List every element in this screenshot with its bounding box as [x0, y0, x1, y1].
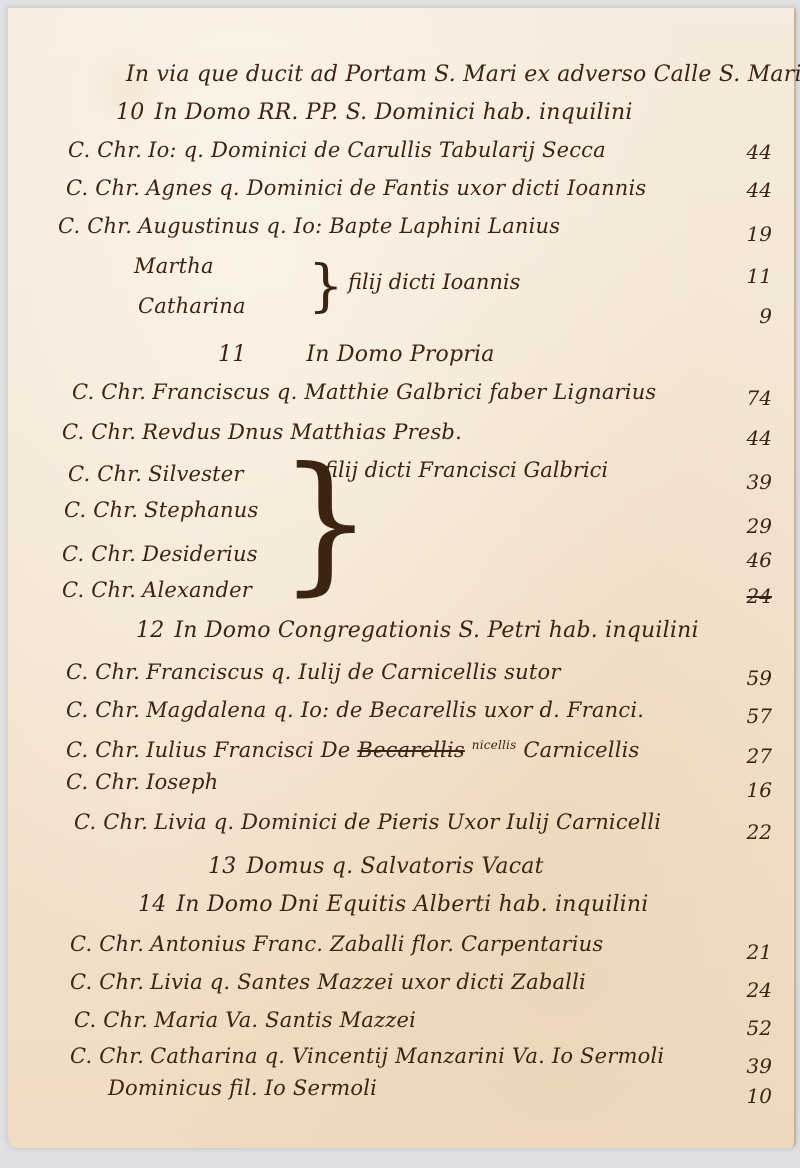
entry-name: Livia q. Dominici de Pieris Uxor Iulij C…	[154, 810, 661, 834]
entry-prefix: C. Chr.	[62, 578, 136, 602]
entry-age: 27	[747, 744, 772, 768]
entry-name: Antonius Franc. Zaballi flor. Carpentari…	[150, 932, 603, 956]
entry-name: Livia q. Santes Mazzei uxor dicti Zaball…	[150, 970, 586, 994]
section-number: 11	[218, 342, 246, 367]
census-entry: C. Chr.Magdalena q. Io: de Becarellis ux…	[66, 698, 644, 722]
section-heading-11: 11In Domo Propria	[218, 342, 495, 367]
entry-age: 59	[747, 666, 772, 690]
section-heading-14: 14In Domo Dni Equitis Alberti hab. inqui…	[138, 892, 649, 917]
manuscript-page: In via que ducit ad Portam S. Mari ex ad…	[8, 8, 796, 1148]
entry-age: 9	[759, 304, 772, 328]
entry-age: 11	[747, 264, 772, 288]
census-entry: C. Chr.Silvester	[68, 462, 244, 486]
census-entry: C. Chr.Franciscus q. Matthie Galbrici fa…	[72, 380, 656, 404]
census-entry: C. Chr.Augustinus q. Io: Bapte Laphini L…	[58, 214, 560, 238]
census-entry: Dominicus fil. Io Sermoli	[108, 1076, 377, 1100]
census-entry: C. Chr.Stephanus	[64, 498, 258, 522]
census-entry: C. Chr.Livia q. Dominici de Pieris Uxor …	[74, 810, 661, 834]
entry-name: Silvester	[148, 462, 244, 486]
census-entry: C. Chr.Desiderius	[62, 542, 258, 566]
entry-name: Stephanus	[144, 498, 258, 522]
section-heading-text: In Domo Dni Equitis Alberti hab. inquili…	[176, 892, 648, 917]
entry-name: Augustinus q. Io: Bapte Laphini Lanius	[138, 214, 560, 238]
entry-prefix: C. Chr.	[70, 932, 144, 956]
census-entry: C. Chr.Antonius Franc. Zaballi flor. Car…	[70, 932, 603, 956]
entry-age: 52	[747, 1016, 772, 1040]
entry-name: Alexander	[142, 578, 252, 602]
section-heading-text: In Domo Propria	[306, 342, 494, 367]
entry-age: 19	[747, 222, 772, 246]
entry-name-end: Carnicellis	[523, 738, 639, 762]
entry-prefix: C. Chr.	[74, 1008, 148, 1032]
section-heading-text: In Domo Congregationis S. Petri hab. inq…	[174, 618, 698, 643]
section-heading-13: 13Domus q. Salvatoris Vacat	[208, 854, 544, 879]
entry-prefix: C. Chr.	[66, 738, 140, 762]
entry-age: 44	[747, 426, 772, 450]
section-heading-text: In Domo RR. PP. S. Dominici hab. inquili…	[154, 100, 632, 125]
census-entry: C. Chr.Catharina q. Vincentij Manzarini …	[70, 1044, 664, 1068]
section-number: 13	[208, 854, 236, 879]
entry-name: Franciscus q. Matthie Galbrici faber Lig…	[152, 380, 656, 404]
entry-age: 24	[747, 978, 772, 1002]
census-entry: C. Chr.Revdus Dnus Matthias Presb.	[62, 420, 462, 444]
entry-prefix: C. Chr.	[64, 498, 138, 522]
entry-age: 39	[747, 1054, 772, 1078]
bracket-note: filij dicti Francisci Galbrici	[324, 458, 608, 482]
entry-name: Agnes q. Dominici de Fantis uxor dicti I…	[146, 176, 646, 200]
entry-age: 16	[747, 778, 772, 802]
entry-prefix: C. Chr.	[62, 542, 136, 566]
entry-name: Maria Va. Santis Mazzei	[154, 1008, 416, 1032]
entry-prefix: C. Chr.	[72, 380, 146, 404]
entry-age: 74	[747, 386, 772, 410]
section-number: 12	[136, 618, 164, 643]
census-entry: C. Chr.Ioseph	[66, 770, 218, 794]
entry-prefix: C. Chr.	[66, 176, 140, 200]
census-entry: C. Chr.Livia q. Santes Mazzei uxor dicti…	[70, 970, 586, 994]
bracket-note: filij dicti Ioannis	[348, 270, 520, 294]
entry-age: 39	[747, 470, 772, 494]
entry-prefix: C. Chr.	[70, 970, 144, 994]
entry-age: 29	[747, 514, 772, 538]
entry-age: 10	[747, 1084, 772, 1108]
census-entry: C. Chr.Alexander	[62, 578, 252, 602]
census-entry: C. Chr.Iulius Francisci De Becarellis ni…	[66, 738, 640, 762]
section-number: 10	[116, 100, 144, 125]
page-title: In via que ducit ad Portam S. Mari ex ad…	[126, 62, 800, 87]
section-heading-10: 10In Domo RR. PP. S. Dominici hab. inqui…	[116, 100, 633, 125]
entry-name: Franciscus q. Iulij de Carnicellis sutor	[146, 660, 561, 684]
entry-prefix: C. Chr.	[68, 138, 142, 162]
section-number: 14	[138, 892, 166, 917]
section-heading-text: Domus q. Salvatoris Vacat	[246, 854, 543, 879]
census-entry: Martha	[134, 254, 214, 278]
entry-name: Io: q. Dominici de Carullis Tabularij Se…	[148, 138, 606, 162]
entry-age: 46	[747, 548, 772, 572]
entry-prefix: C. Chr.	[66, 770, 140, 794]
inserted-text: nicellis	[472, 738, 517, 752]
entry-prefix: C. Chr.	[68, 462, 142, 486]
census-entry: C. Chr.Agnes q. Dominici de Fantis uxor …	[66, 176, 646, 200]
entry-age: 44	[747, 140, 772, 164]
entry-age: 21	[747, 940, 772, 964]
entry-name: Magdalena q. Io: de Becarellis uxor d. F…	[146, 698, 644, 722]
entry-prefix: C. Chr.	[62, 420, 136, 444]
entry-age: 22	[747, 820, 772, 844]
entry-age: 57	[747, 704, 772, 728]
entry-age: 44	[747, 178, 772, 202]
entry-name: Desiderius	[142, 542, 258, 566]
census-entry: Catharina	[138, 294, 246, 318]
entry-name: Catharina q. Vincentij Manzarini Va. Io …	[150, 1044, 664, 1068]
entry-prefix: C. Chr.	[66, 660, 140, 684]
entry-prefix: C. Chr.	[74, 810, 148, 834]
census-entry: C. Chr.Io: q. Dominici de Carullis Tabul…	[68, 138, 606, 162]
entry-prefix: C. Chr.	[58, 214, 132, 238]
entry-prefix: C. Chr.	[66, 698, 140, 722]
bracket-icon: }	[308, 254, 344, 319]
entry-name: Ioseph	[146, 770, 218, 794]
entry-name: Iulius Francisci De	[146, 738, 350, 762]
section-heading-12: 12In Domo Congregationis S. Petri hab. i…	[136, 618, 699, 643]
entry-prefix: C. Chr.	[70, 1044, 144, 1068]
entry-age: 24	[747, 584, 772, 608]
struck-word: Becarellis	[357, 738, 465, 762]
census-entry: C. Chr.Franciscus q. Iulij de Carnicelli…	[66, 660, 561, 684]
census-entry: C. Chr.Maria Va. Santis Mazzei	[74, 1008, 416, 1032]
